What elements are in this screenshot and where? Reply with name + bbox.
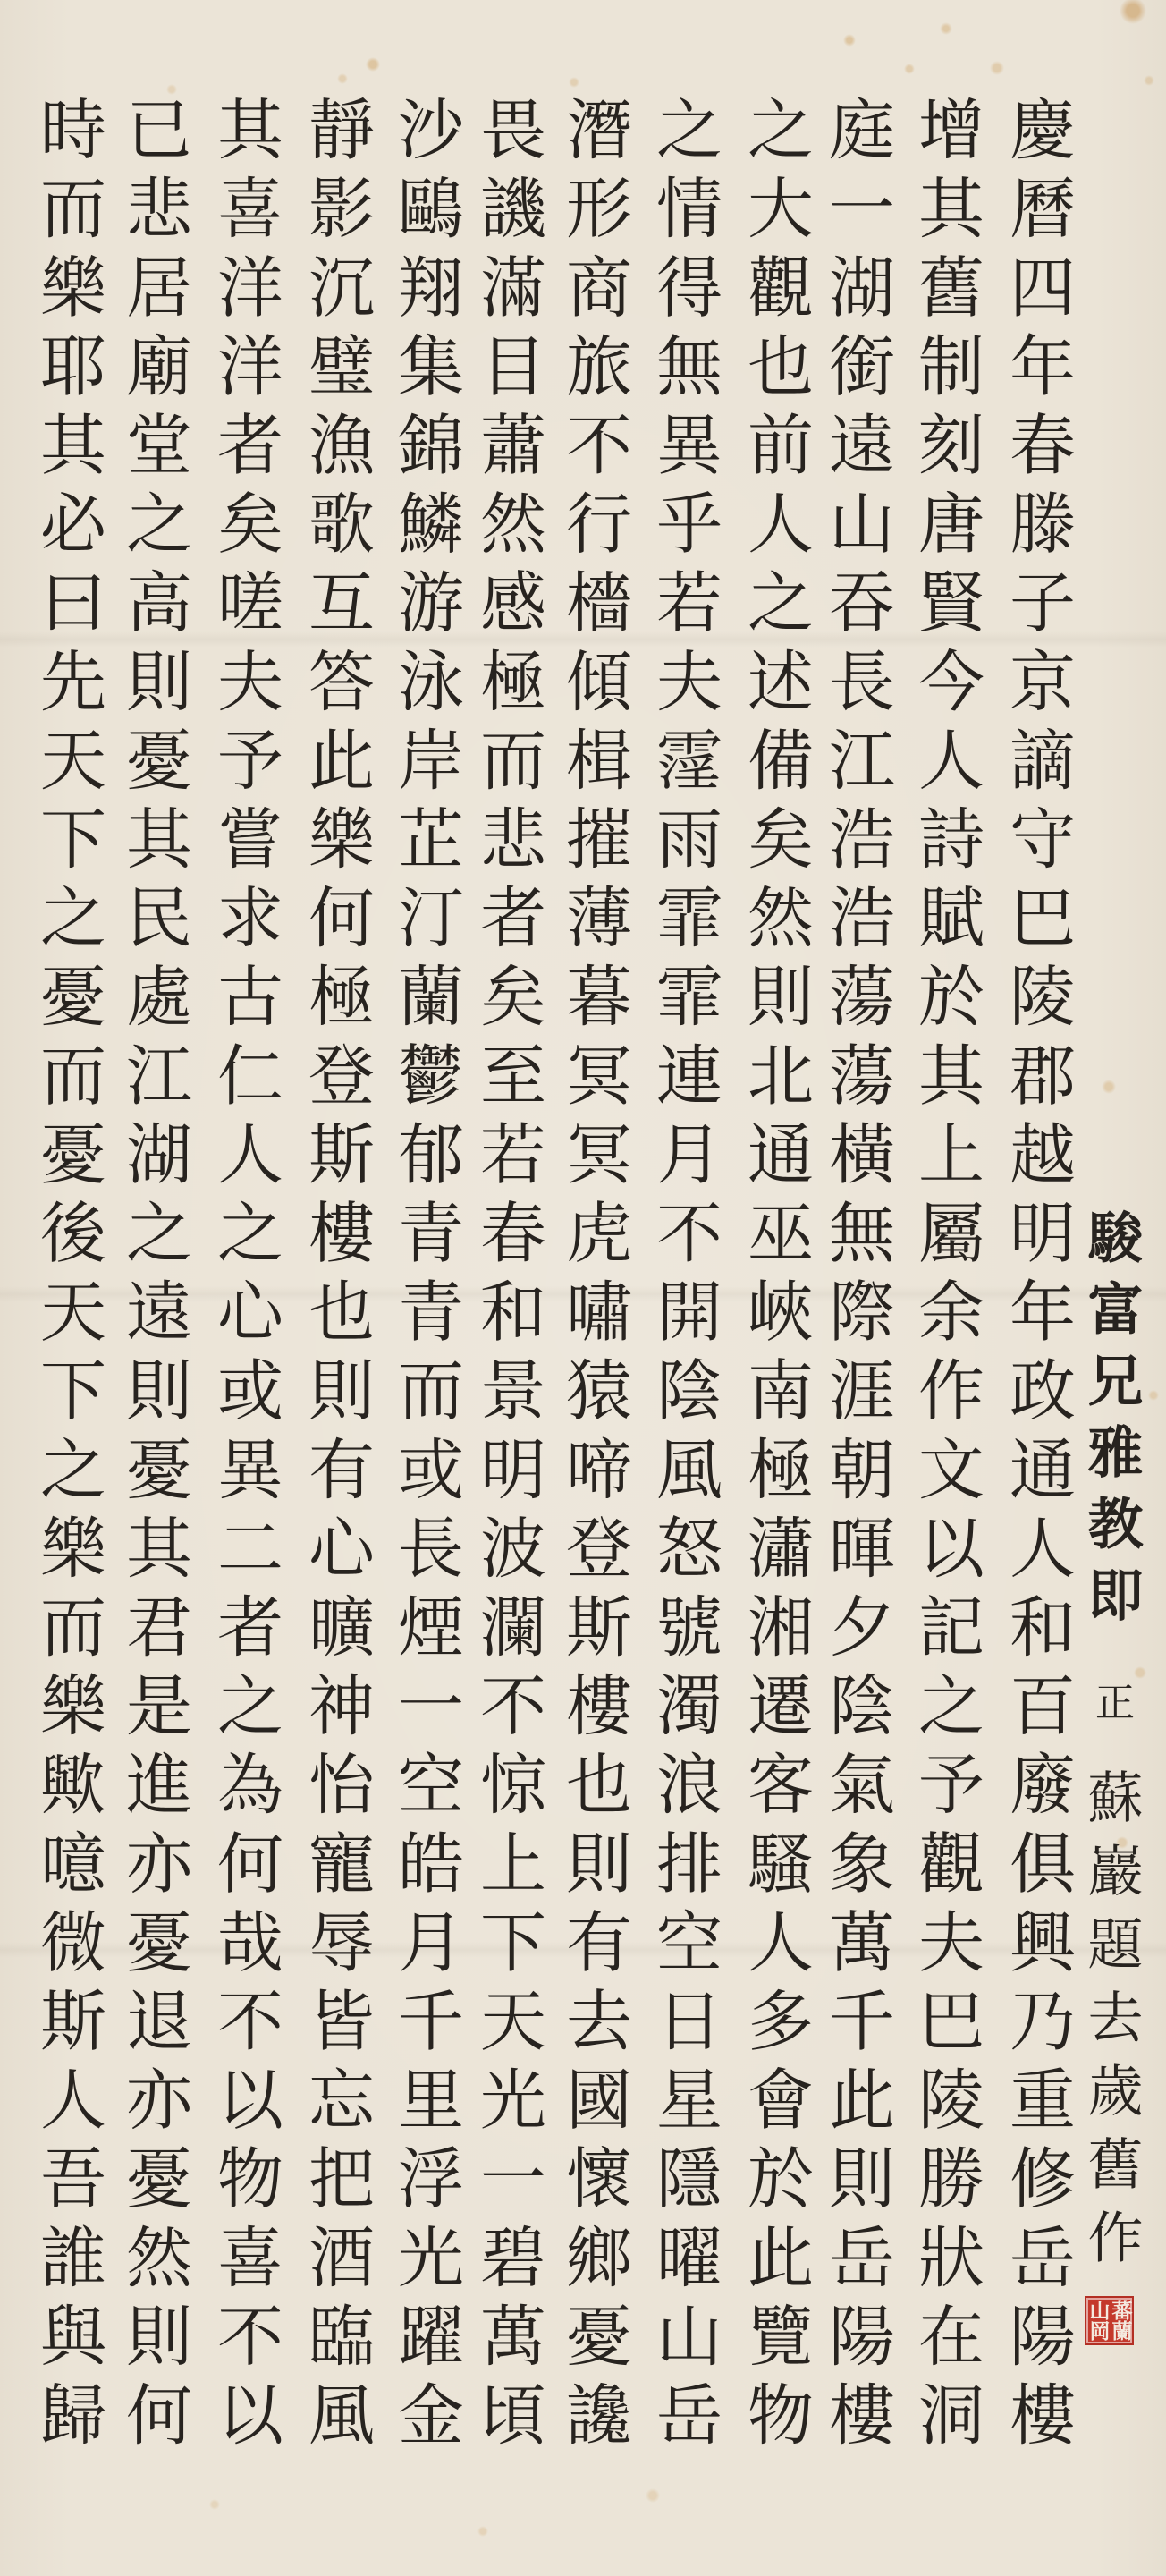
text-column-4: 之大觀也前人之述備矣然則北通巫峽南極瀟湘遷客騷人多會於此覽物: [738, 95, 813, 2510]
calligraphy-scroll: 慶曆四年春滕子京謫守巴陵郡越明年政通人和百廢俱興乃重修岳陽樓 增其舊制刻唐賢今人…: [0, 0, 1166, 2576]
text-column-9: 靜影沉璧漁歌互答此樂何極登斯樓也則有心曠神怡寵辱皆忘把酒臨風: [299, 95, 374, 2510]
text-column-2: 增其舊制刻唐賢今人詩賦於其上屬余作文以記之予觀夫巴陵勝狀在洞: [908, 95, 984, 2510]
text-column-7: 畏譏滿目蕭然感極而悲者矣至若春和景明波瀾不惊上下天光一碧萬頃: [470, 95, 545, 2510]
inscription-dedication-end: 正: [1078, 1682, 1143, 1721]
text-column-5: 之情得無異乎若夫霪雨霏霏連月不開陰風怒號濁浪排空日星隱曜山岳: [646, 95, 722, 2510]
text-column-1: 慶曆四年春滕子京謫守巴陵郡越明年政通人和百廢俱興乃重修岳陽樓: [1000, 95, 1075, 2510]
text-column-6: 潛形商旅不行檣傾楫摧薄暮冥冥虎嘯猿啼登斯樓也則有去國懷鄉憂讒: [556, 95, 631, 2510]
red-seal-stamp: 蕃蘭山岡: [1085, 2296, 1134, 2345]
text-column-3: 庭一湖銜遠山吞長江浩浩蕩蕩橫無際涯朝暉夕陰氣象萬千此則岳陽樓: [819, 95, 894, 2510]
text-column-12: 時而樂耶其必曰先天下之憂而憂後天下之樂而樂歟噫微斯人吾誰與歸: [30, 95, 106, 2510]
seal-characters: 蕃蘭山岡: [1087, 2300, 1132, 2343]
inscription-dedication: 駿富兄雅教即: [1078, 1208, 1143, 1638]
text-column-11: 已悲居廟堂之高則憂其民處江湖之遠則憂其君是進亦憂退亦憂然則何: [116, 95, 191, 2510]
text-column-10: 其喜洋洋者矣嗟夫予嘗求古仁人之心或異二者之為何哉不以物喜不以: [207, 95, 283, 2510]
text-column-8: 沙鷗翔集錦鱗游泳岸芷汀蘭鬱郁青青而或長煙一空皓月千里浮光躍金: [388, 95, 463, 2510]
artist-signature: 蘇巖題去歲舊作: [1078, 1768, 1143, 2282]
